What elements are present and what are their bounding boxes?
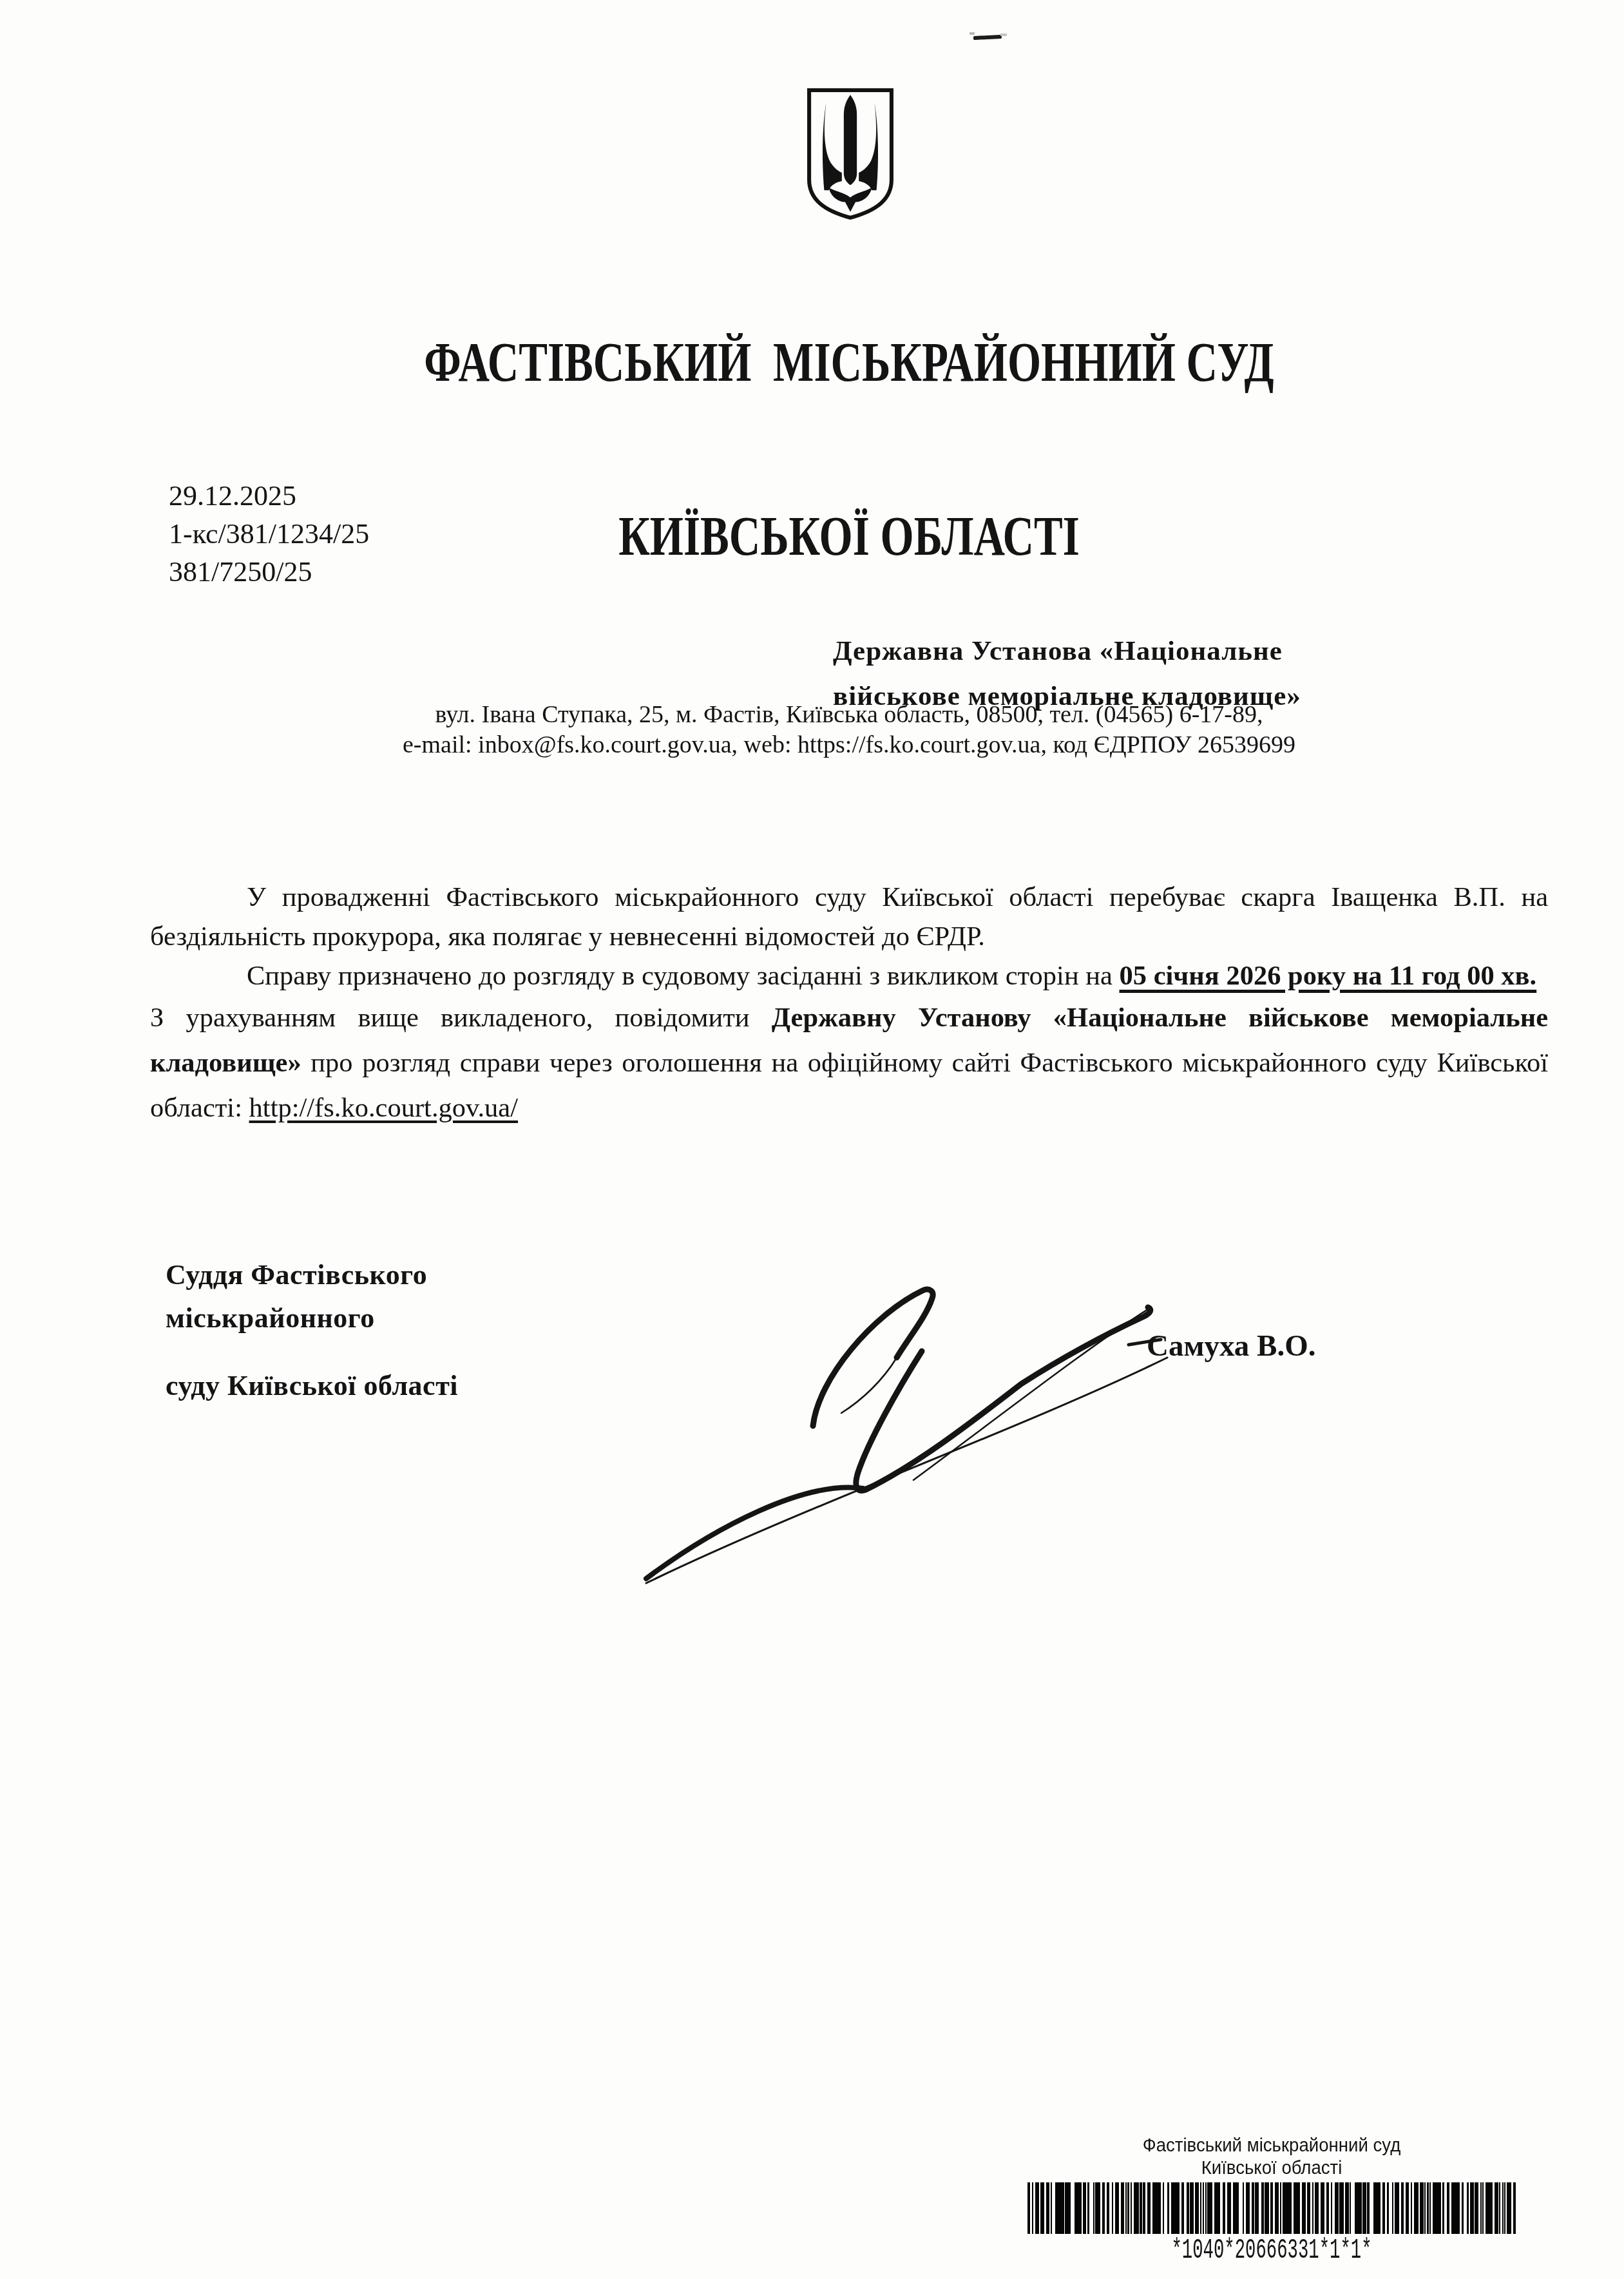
- handwritten-signature: [606, 1279, 1185, 1659]
- court-address-line2: e-mail: inbox@fs.ko.court.gov.ua, web: h…: [150, 730, 1548, 760]
- document-date: 29.12.2025: [169, 477, 369, 515]
- hearing-datetime: 05 січня 2026 року на 11 год 00 хв.: [1120, 961, 1537, 991]
- registration-stamp: Фастівський міськрайонний суд Київської …: [1010, 2134, 1533, 2266]
- court-name: ФАСТІВСЬКИЙ МІСЬКРАЙОННИЙ СУД КИЇВСЬКОЇ …: [150, 216, 1548, 680]
- court-site-url: http://fs.ko.court.gov.ua/: [249, 1093, 518, 1123]
- letter-body: У провадженні Фастівського міськрайонног…: [150, 878, 1548, 1131]
- paragraph-hearing-scheduled: Справу призначено до розгляду в судовому…: [150, 956, 1548, 995]
- judge-title-line2: міськрайонного: [166, 1296, 458, 1340]
- judge-name: Самуха В.О.: [1147, 1329, 1316, 1363]
- judge-title-line3: суду Київської області: [166, 1364, 458, 1407]
- ukraine-trident-emblem-icon: [804, 87, 897, 221]
- case-number-secondary: 381/7250/25: [169, 553, 369, 591]
- judge-title-line1: Суддя Фастівського: [166, 1253, 458, 1296]
- scan-artifact-mark: [970, 31, 1007, 41]
- case-number-primary: 1-кс/381/1234/25: [169, 515, 369, 553]
- barcode-value: *1040*20666331*1*1*: [1109, 2235, 1433, 2266]
- judge-title-block: Суддя Фастівського міськрайонного суду К…: [166, 1253, 458, 1407]
- addressee-line2: військове меморіальне кладовище»: [833, 674, 1301, 719]
- stamp-court-line2: Київської області: [1031, 2157, 1512, 2179]
- court-name-line1: ФАСТІВСЬКИЙ МІСЬКРАЙОННИЙ СУД: [304, 332, 1395, 391]
- stamp-court-line1: Фастівський міськрайонний суд: [1031, 2134, 1512, 2157]
- hearing-text: Справу призначено до розгляду в судовому…: [247, 961, 1120, 991]
- notification-text-1: З урахуванням вище викладеного, повідоми…: [150, 1003, 772, 1033]
- scanned-court-letter: ФАСТІВСЬКИЙ МІСЬКРАЙОННИЙ СУД КИЇВСЬКОЇ …: [0, 0, 1624, 2279]
- court-name-line2: КИЇВСЬКОЇ ОБЛАСТІ: [304, 506, 1395, 565]
- paragraph-notification: З урахуванням вище викладеного, повідоми…: [150, 995, 1548, 1131]
- paragraph-case-pending: У провадженні Фастівського міськрайонног…: [150, 878, 1548, 956]
- addressee-block: Державна Установа «Національне військове…: [833, 629, 1301, 719]
- barcode-icon: [1027, 2182, 1516, 2234]
- document-meta: 29.12.2025 1-кс/381/1234/25 381/7250/25: [169, 477, 369, 591]
- addressee-line1: Державна Установа «Національне: [833, 629, 1301, 674]
